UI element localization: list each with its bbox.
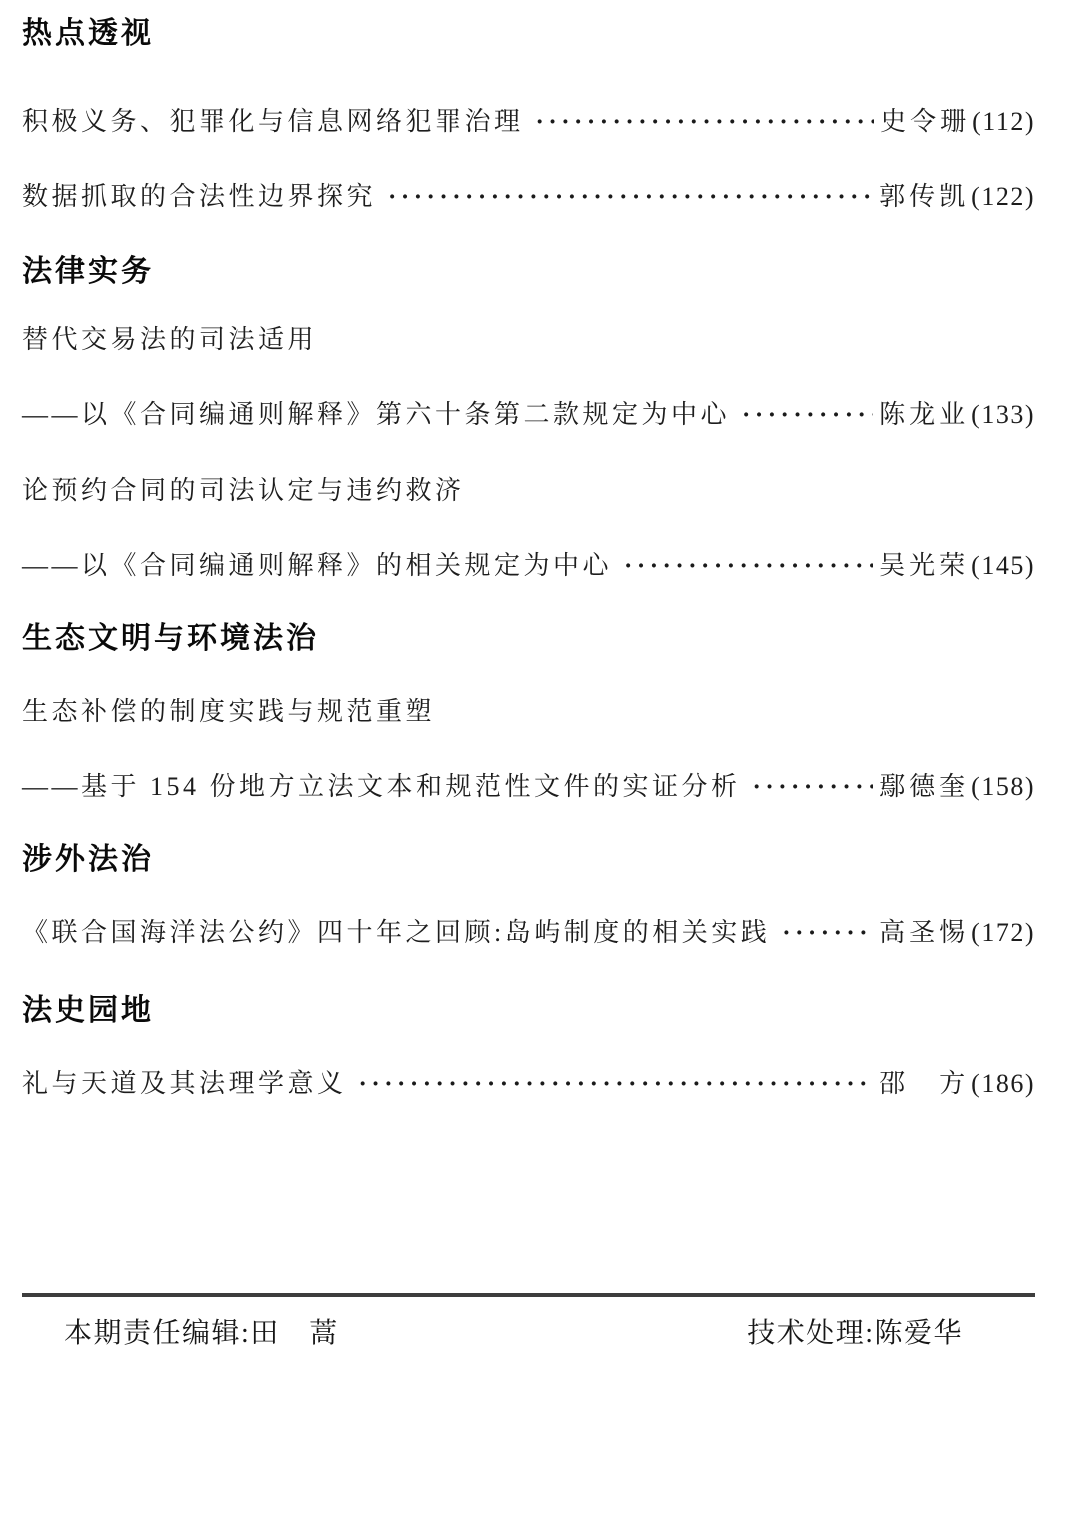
entry-page-number: (122) [971, 182, 1035, 211]
section-heading-hot-topics: 热点透视 [22, 14, 1035, 54]
footer: 本期责任编辑:田 蒿 技术处理:陈爱华 [22, 1317, 1035, 1351]
entry-author: 邵 方 [879, 1069, 969, 1098]
entry-author: 鄢德奎 [879, 772, 969, 801]
entry-author: 高圣惕 [879, 918, 969, 947]
author-page-block: 高圣惕(172) [879, 915, 1035, 951]
entry-page-number: (112) [972, 107, 1035, 136]
toc-entry-row: 积极义务、犯罪化与信息网络犯罪治理 ······················… [22, 104, 1035, 141]
entry-author: 吴光荣 [879, 551, 969, 580]
dot-leader: ········································… [742, 398, 873, 434]
entry-subtitle: ——以《合同编通则解释》的相关规定为中心 [22, 548, 612, 584]
entry-title: 《联合国海洋法公约》四十年之回顾:岛屿制度的相关实践 [22, 915, 770, 951]
section-heading-legal-practice: 法律实务 [22, 252, 1035, 292]
toc-entry-row: 礼与天道及其法理学意义 ····························… [22, 1066, 1035, 1103]
entry-author: 史令珊 [880, 107, 970, 136]
toc-entry-row: 生态补偿的制度实践与规范重塑 [22, 694, 1035, 730]
entry-title: 积极义务、犯罪化与信息网络犯罪治理 [22, 104, 524, 140]
author-page-block: 史令珊(112) [880, 104, 1035, 140]
author-page-block: 鄢德奎(158) [879, 769, 1035, 805]
author-page-block: 陈龙业(133) [879, 397, 1035, 433]
entry-page-number: (145) [971, 551, 1035, 580]
entry-author: 陈龙业 [879, 400, 969, 429]
dot-leader: ········································… [359, 1067, 874, 1103]
toc-entry-subtitle-row: ——以《合同编通则解释》第六十条第二款规定为中心 ···············… [22, 397, 1035, 434]
toc-entry-subtitle-row: ——基于 154 份地方立法文本和规范性文件的实证分析 ············… [22, 769, 1035, 806]
author-page-block: 郭传凯(122) [879, 179, 1035, 215]
dot-leader: ········································… [782, 916, 873, 952]
entry-author: 郭传凯 [879, 182, 969, 211]
footer-technical-processing: 技术处理:陈爱华 [747, 1317, 963, 1351]
entry-subtitle: ——以《合同编通则解释》第六十条第二款规定为中心 [22, 397, 730, 433]
toc-entry-row: 数据抓取的合法性边界探究 ···························… [22, 179, 1035, 216]
dot-leader: ········································… [753, 770, 874, 806]
entry-page-number: (133) [971, 400, 1035, 429]
entry-title: 礼与天道及其法理学意义 [22, 1066, 347, 1102]
entry-title: 数据抓取的合法性边界探究 [22, 179, 376, 215]
dot-leader: ········································… [536, 105, 875, 141]
toc-entry-subtitle-row: ——以《合同编通则解释》的相关规定为中心 ···················… [22, 548, 1035, 585]
toc-entry-row: 《联合国海洋法公约》四十年之回顾:岛屿制度的相关实践 ·············… [22, 915, 1035, 952]
dot-leader: ········································… [388, 180, 873, 216]
author-page-block: 邵 方(186) [879, 1066, 1035, 1102]
section-heading-foreign-law: 涉外法治 [22, 840, 1035, 880]
journal-toc-page: 热点透视 积极义务、犯罪化与信息网络犯罪治理 ·················… [0, 0, 1080, 1520]
toc-entry-row: 替代交易法的司法适用 [22, 322, 1035, 358]
section-heading-legal-history: 法史园地 [22, 991, 1035, 1031]
entry-title: 论预约合同的司法认定与违约救济 [22, 473, 465, 509]
section-heading-eco-environment: 生态文明与环境法治 [22, 619, 1035, 659]
entry-subtitle: ——基于 154 份地方立法文本和规范性文件的实证分析 [22, 769, 741, 805]
entry-page-number: (186) [971, 1069, 1035, 1098]
entry-title: 生态补偿的制度实践与规范重塑 [22, 694, 435, 730]
author-page-block: 吴光荣(145) [879, 548, 1035, 584]
entry-title: 替代交易法的司法适用 [22, 322, 317, 358]
footer-responsible-editor: 本期责任编辑:田 蒿 [64, 1317, 339, 1351]
entry-page-number: (172) [971, 918, 1035, 947]
double-rule-divider [22, 1293, 1035, 1297]
toc-entry-row: 论预约合同的司法认定与违约救济 [22, 473, 1035, 509]
entry-page-number: (158) [971, 772, 1035, 801]
dot-leader: ········································… [624, 549, 873, 585]
